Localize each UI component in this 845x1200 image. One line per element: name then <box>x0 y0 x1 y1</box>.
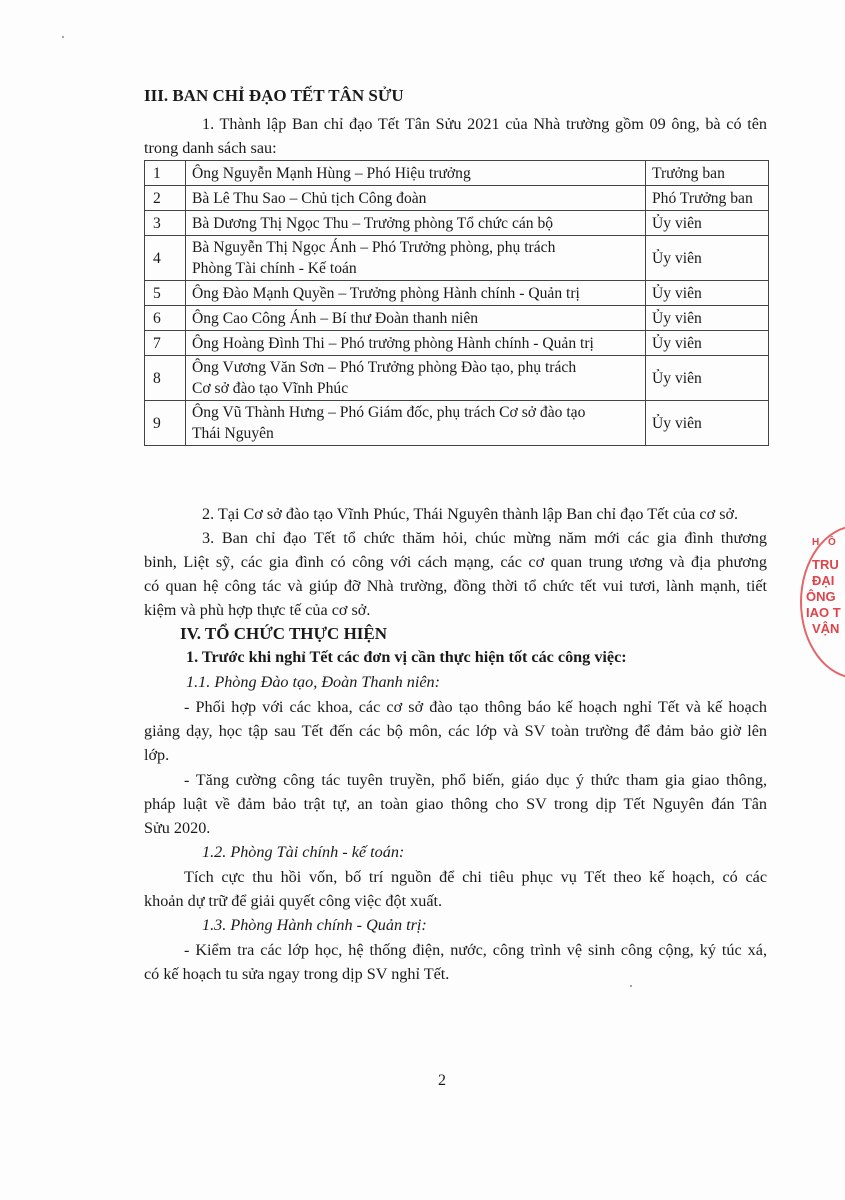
table-row: 5Ông Đào Mạnh Quyền – Trưởng phòng Hành … <box>145 281 769 306</box>
member-name-line: Ông Vương Văn Sơn – Phó Trưởng phòng Đào… <box>192 357 639 378</box>
paragraph-line: giảng dạy, học tập sau Tết đến các bộ mô… <box>144 722 767 741</box>
section-3-item-3-line: có quan hệ công tác và giúp đỡ Nhà trườn… <box>144 577 767 596</box>
member-name: Bà Lê Thu Sao – Chủ tịch Công đoàn <box>186 186 646 211</box>
section-3-item-2: 2. Tại Cơ sở đào tạo Vĩnh Phúc, Thái Ngu… <box>144 505 738 524</box>
stamp-text: ÔNG <box>806 589 836 604</box>
table-row: 7Ông Hoàng Đình Thi – Phó trưởng phòng H… <box>145 331 769 356</box>
scan-speck <box>62 36 64 38</box>
committee-table: 1Ông Nguyễn Mạnh Hùng – Phó Hiệu trưởngT… <box>144 160 769 446</box>
member-name-line: Phòng Tài chính - Kế toán <box>192 258 639 279</box>
section-3-intro-cont: trong danh sách sau: <box>144 139 277 158</box>
member-name: Ông Cao Công Ánh – Bí thư Đoàn thanh niê… <box>186 306 646 331</box>
table-row: 1Ông Nguyễn Mạnh Hùng – Phó Hiệu trưởngT… <box>145 161 769 186</box>
table-row: 3Bà Dương Thị Ngọc Thu – Trưởng phòng Tổ… <box>145 211 769 236</box>
stamp-text: ĐẠI <box>812 573 834 588</box>
paragraph-line: Sửu 2020. <box>144 819 210 838</box>
paragraph-line: khoản dự trữ để giải quyết công việc đột… <box>144 892 442 911</box>
member-name-line: Bà Lê Thu Sao – Chủ tịch Công đoàn <box>192 188 639 209</box>
member-role: Ủy viên <box>646 306 769 331</box>
member-role: Ủy viên <box>646 401 769 446</box>
member-number: 9 <box>145 401 186 446</box>
red-seal-stamp: H Ồ TRU ĐẠI ÔNG IAO T VẬN <box>790 525 845 680</box>
member-role: Ủy viên <box>646 281 769 306</box>
section-3-heading: III. BAN CHỈ ĐẠO TẾT TÂN SỬU <box>144 86 404 106</box>
stamp-text: VẬN <box>812 621 839 636</box>
section-4-sub-1-2: 1.2. Phòng Tài chính - kế toán: <box>144 843 404 862</box>
member-name-line: Bà Dương Thị Ngọc Thu – Trưởng phòng Tổ … <box>192 213 639 234</box>
member-name-line: Thái Nguyên <box>192 423 639 444</box>
member-name: Ông Nguyễn Mạnh Hùng – Phó Hiệu trưởng <box>186 161 646 186</box>
member-name-line: Bà Nguyễn Thị Ngọc Ánh – Phó Trưởng phòn… <box>192 237 639 258</box>
paragraph-line: lớp. <box>144 746 169 765</box>
section-3-item-3-line: binh, Liệt sỹ, các gia đình có công với … <box>144 553 767 572</box>
table-row: 4Bà Nguyễn Thị Ngọc Ánh – Phó Trưởng phò… <box>145 236 769 281</box>
member-number: 8 <box>145 356 186 401</box>
member-role: Ủy viên <box>646 356 769 401</box>
member-name: Ông Hoàng Đình Thi – Phó trưởng phòng Hà… <box>186 331 646 356</box>
member-role: Phó Trưởng ban <box>646 186 769 211</box>
member-name-line: Ông Nguyễn Mạnh Hùng – Phó Hiệu trưởng <box>192 163 639 184</box>
page-number: 2 <box>438 1072 446 1090</box>
stamp-text: TRU <box>812 557 839 572</box>
member-name-line: Ông Đào Mạnh Quyền – Trưởng phòng Hành c… <box>192 283 639 304</box>
member-name: Ông Vương Văn Sơn – Phó Trưởng phòng Đào… <box>186 356 646 401</box>
section-4-sub-1: 1. Trước khi nghỉ Tết các đơn vị cần thự… <box>144 648 627 667</box>
member-name-line: Ông Cao Công Ánh – Bí thư Đoàn thanh niê… <box>192 308 639 329</box>
member-role: Trưởng ban <box>646 161 769 186</box>
paragraph-line: - Tăng cường công tác tuyên truyền, phổ … <box>144 771 767 790</box>
member-number: 6 <box>145 306 186 331</box>
member-name: Bà Nguyễn Thị Ngọc Ánh – Phó Trưởng phòn… <box>186 236 646 281</box>
member-name: Ông Vũ Thành Hưng – Phó Giám đốc, phụ tr… <box>186 401 646 446</box>
member-name-line: Ông Vũ Thành Hưng – Phó Giám đốc, phụ tr… <box>192 402 639 423</box>
member-name-line: Ông Hoàng Đình Thi – Phó trưởng phòng Hà… <box>192 333 639 354</box>
member-number: 4 <box>145 236 186 281</box>
stamp-text: IAO T <box>806 605 841 620</box>
paragraph-line: - Phối hợp với các khoa, các cơ sở đào t… <box>144 698 767 717</box>
member-role: Ủy viên <box>646 211 769 236</box>
section-4-sub-1-3: 1.3. Phòng Hành chính - Quản trị: <box>144 916 427 935</box>
scan-speck <box>630 985 632 987</box>
document-page: III. BAN CHỈ ĐẠO TẾT TÂN SỬU 1. Thành lậ… <box>0 0 845 1200</box>
member-number: 2 <box>145 186 186 211</box>
paragraph-line: có kế hoạch tu sửa ngay trong dịp SV ngh… <box>144 965 449 984</box>
member-role: Ủy viên <box>646 331 769 356</box>
section-3-item-3-line: 3. Ban chỉ đạo Tết tổ chức thăm hỏi, chú… <box>144 529 767 548</box>
member-number: 5 <box>145 281 186 306</box>
paragraph-line: Tích cực thu hồi vốn, bố trí nguồn để ch… <box>144 868 767 887</box>
table-row: 9Ông Vũ Thành Hưng – Phó Giám đốc, phụ t… <box>145 401 769 446</box>
member-name-line: Cơ sở đào tạo Vĩnh Phúc <box>192 378 639 399</box>
table-row: 8Ông Vương Văn Sơn – Phó Trưởng phòng Đà… <box>145 356 769 401</box>
paragraph-line: pháp luật về đảm bảo trật tự, an toàn gi… <box>144 795 767 814</box>
member-name: Bà Dương Thị Ngọc Thu – Trưởng phòng Tổ … <box>186 211 646 236</box>
member-number: 3 <box>145 211 186 236</box>
member-number: 1 <box>145 161 186 186</box>
member-role: Ủy viên <box>646 236 769 281</box>
stamp-text: H Ồ <box>812 535 839 550</box>
section-4-sub-1-1: 1.1. Phòng Đào tạo, Đoàn Thanh niên: <box>144 673 440 692</box>
section-3-intro: 1. Thành lập Ban chỉ đạo Tết Tân Sửu 202… <box>144 115 767 134</box>
table-row: 2Bà Lê Thu Sao – Chủ tịch Công đoànPhó T… <box>145 186 769 211</box>
member-name: Ông Đào Mạnh Quyền – Trưởng phòng Hành c… <box>186 281 646 306</box>
member-number: 7 <box>145 331 186 356</box>
section-3-item-3-line: kiệm và phù hợp thực tế của cơ sở. <box>144 601 370 620</box>
table-row: 6Ông Cao Công Ánh – Bí thư Đoàn thanh ni… <box>145 306 769 331</box>
paragraph-line: - Kiểm tra các lớp học, hệ thống điện, n… <box>144 941 767 960</box>
section-4-heading: IV. TỔ CHỨC THỰC HIỆN <box>144 624 387 644</box>
